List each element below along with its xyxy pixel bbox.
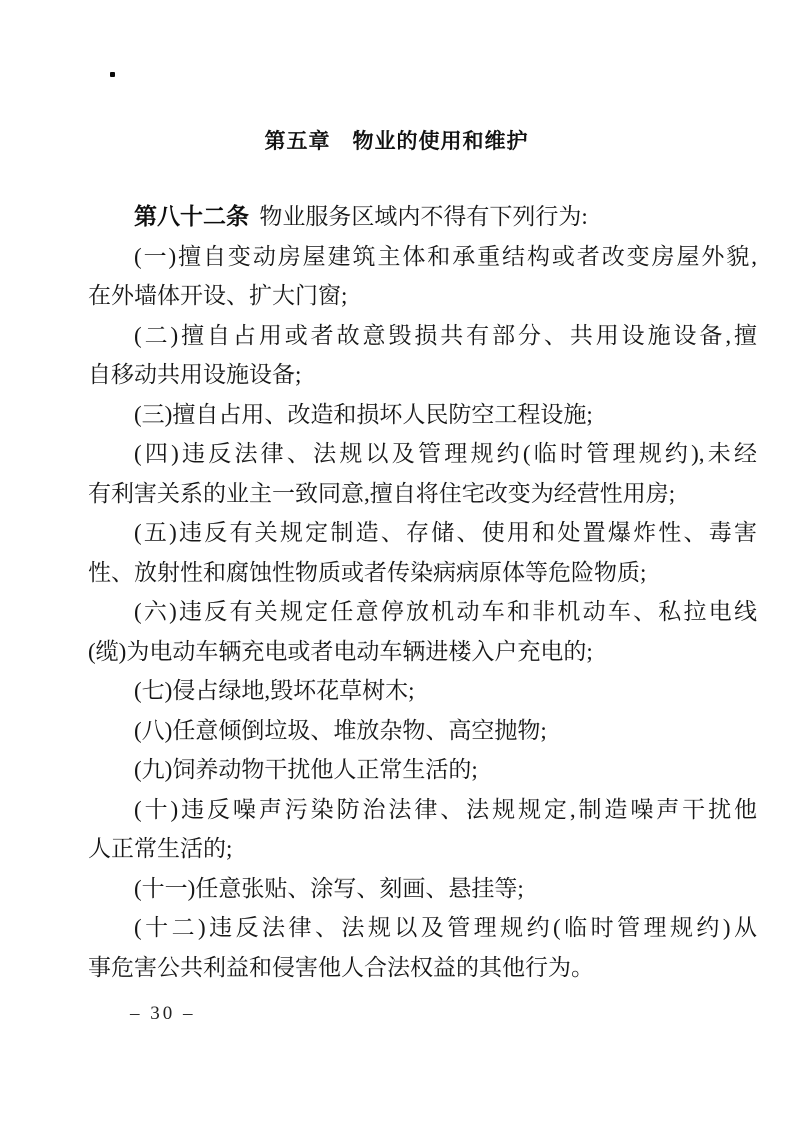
article-item-line: (四)违反法律、法规以及管理规约(临时管理规约),未经	[88, 434, 757, 474]
article-intro: 物业服务区域内不得有下列行为:	[259, 204, 587, 229]
article-item: (七)侵占绿地,毁坏花草树木;	[88, 671, 757, 711]
article-item-line: 自移动共用设施设备;	[88, 355, 757, 395]
article-item: (十一)任意张贴、涂写、刻画、悬挂等;	[88, 869, 757, 909]
document-body: 第八十二条物业服务区域内不得有下列行为: (一)擅自变动房屋建筑主体和承重结构或…	[88, 197, 757, 987]
article-item: (八)任意倾倒垃圾、堆放杂物、高空抛物;	[88, 711, 757, 751]
page-number: – 30 –	[130, 1003, 196, 1025]
article-item: (二)擅自占用或者故意毁损共有部分、共用设施设备,擅自移动共用设施设备;	[88, 316, 757, 395]
article-items: (一)擅自变动房屋建筑主体和承重结构或者改变房屋外貌,在外墙体开设、扩大门窗;(…	[88, 237, 757, 988]
scan-speck-dot	[110, 72, 115, 77]
article-item-line: 人正常生活的;	[88, 829, 757, 869]
article-item-line: (十)违反噪声污染防治法律、法规规定,制造噪声干扰他	[88, 790, 757, 830]
article-item-line: (五)违反有关规定制造、存储、使用和处置爆炸性、毒害	[88, 513, 757, 553]
article-item-line: (九)饲养动物干扰他人正常生活的;	[88, 750, 757, 790]
article-item-line: (八)任意倾倒垃圾、堆放杂物、高空抛物;	[88, 711, 757, 751]
article-item: (六)违反有关规定任意停放机动车和非机动车、私拉电线(缆)为电动车辆充电或者电动…	[88, 592, 757, 671]
article-item: (五)违反有关规定制造、存储、使用和处置爆炸性、毒害性、放射性和腐蚀性物质或者传…	[88, 513, 757, 592]
article-item: (三)擅自占用、改造和损坏人民防空工程设施;	[88, 395, 757, 435]
article-item-line: (七)侵占绿地,毁坏花草树木;	[88, 671, 757, 711]
article-item-line: 有利害关系的业主一致同意,擅自将住宅改变为经营性用房;	[88, 474, 757, 514]
article-item-line: (六)违反有关规定任意停放机动车和非机动车、私拉电线	[88, 592, 757, 632]
document-page: 第五章 物业的使用和维护 第八十二条物业服务区域内不得有下列行为: (一)擅自变…	[0, 0, 793, 1122]
article-item-line: 事危害公共利益和侵害他人合法权益的其他行为。	[88, 948, 757, 988]
article-number: 第八十二条	[134, 204, 249, 229]
article-item-line: 在外墙体开设、扩大门窗;	[88, 276, 757, 316]
article-item-line: (缆)为电动车辆充电或者电动车辆进楼入户充电的;	[88, 632, 757, 672]
article-item: (一)擅自变动房屋建筑主体和承重结构或者改变房屋外貌,在外墙体开设、扩大门窗;	[88, 237, 757, 316]
article-item-line: (二)擅自占用或者故意毁损共有部分、共用设施设备,擅	[88, 316, 757, 356]
article-item-line: (三)擅自占用、改造和损坏人民防空工程设施;	[88, 395, 757, 435]
article-item: (十二)违反法律、法规以及管理规约(临时管理规约)从事危害公共利益和侵害他人合法…	[88, 908, 757, 987]
article-item: (四)违反法律、法规以及管理规约(临时管理规约),未经有利害关系的业主一致同意,…	[88, 434, 757, 513]
article-item-line: (一)擅自变动房屋建筑主体和承重结构或者改变房屋外貌,	[88, 237, 757, 277]
article-item-line: (十二)违反法律、法规以及管理规约(临时管理规约)从	[88, 908, 757, 948]
article-item: (九)饲养动物干扰他人正常生活的;	[88, 750, 757, 790]
article-item-line: (十一)任意张贴、涂写、刻画、悬挂等;	[88, 869, 757, 909]
chapter-title: 第五章 物业的使用和维护	[0, 125, 793, 155]
article-item-line: 性、放射性和腐蚀性物质或者传染病病原体等危险物质;	[88, 553, 757, 593]
article-item: (十)违反噪声污染防治法律、法规规定,制造噪声干扰他人正常生活的;	[88, 790, 757, 869]
article-heading: 第八十二条物业服务区域内不得有下列行为:	[88, 197, 757, 237]
